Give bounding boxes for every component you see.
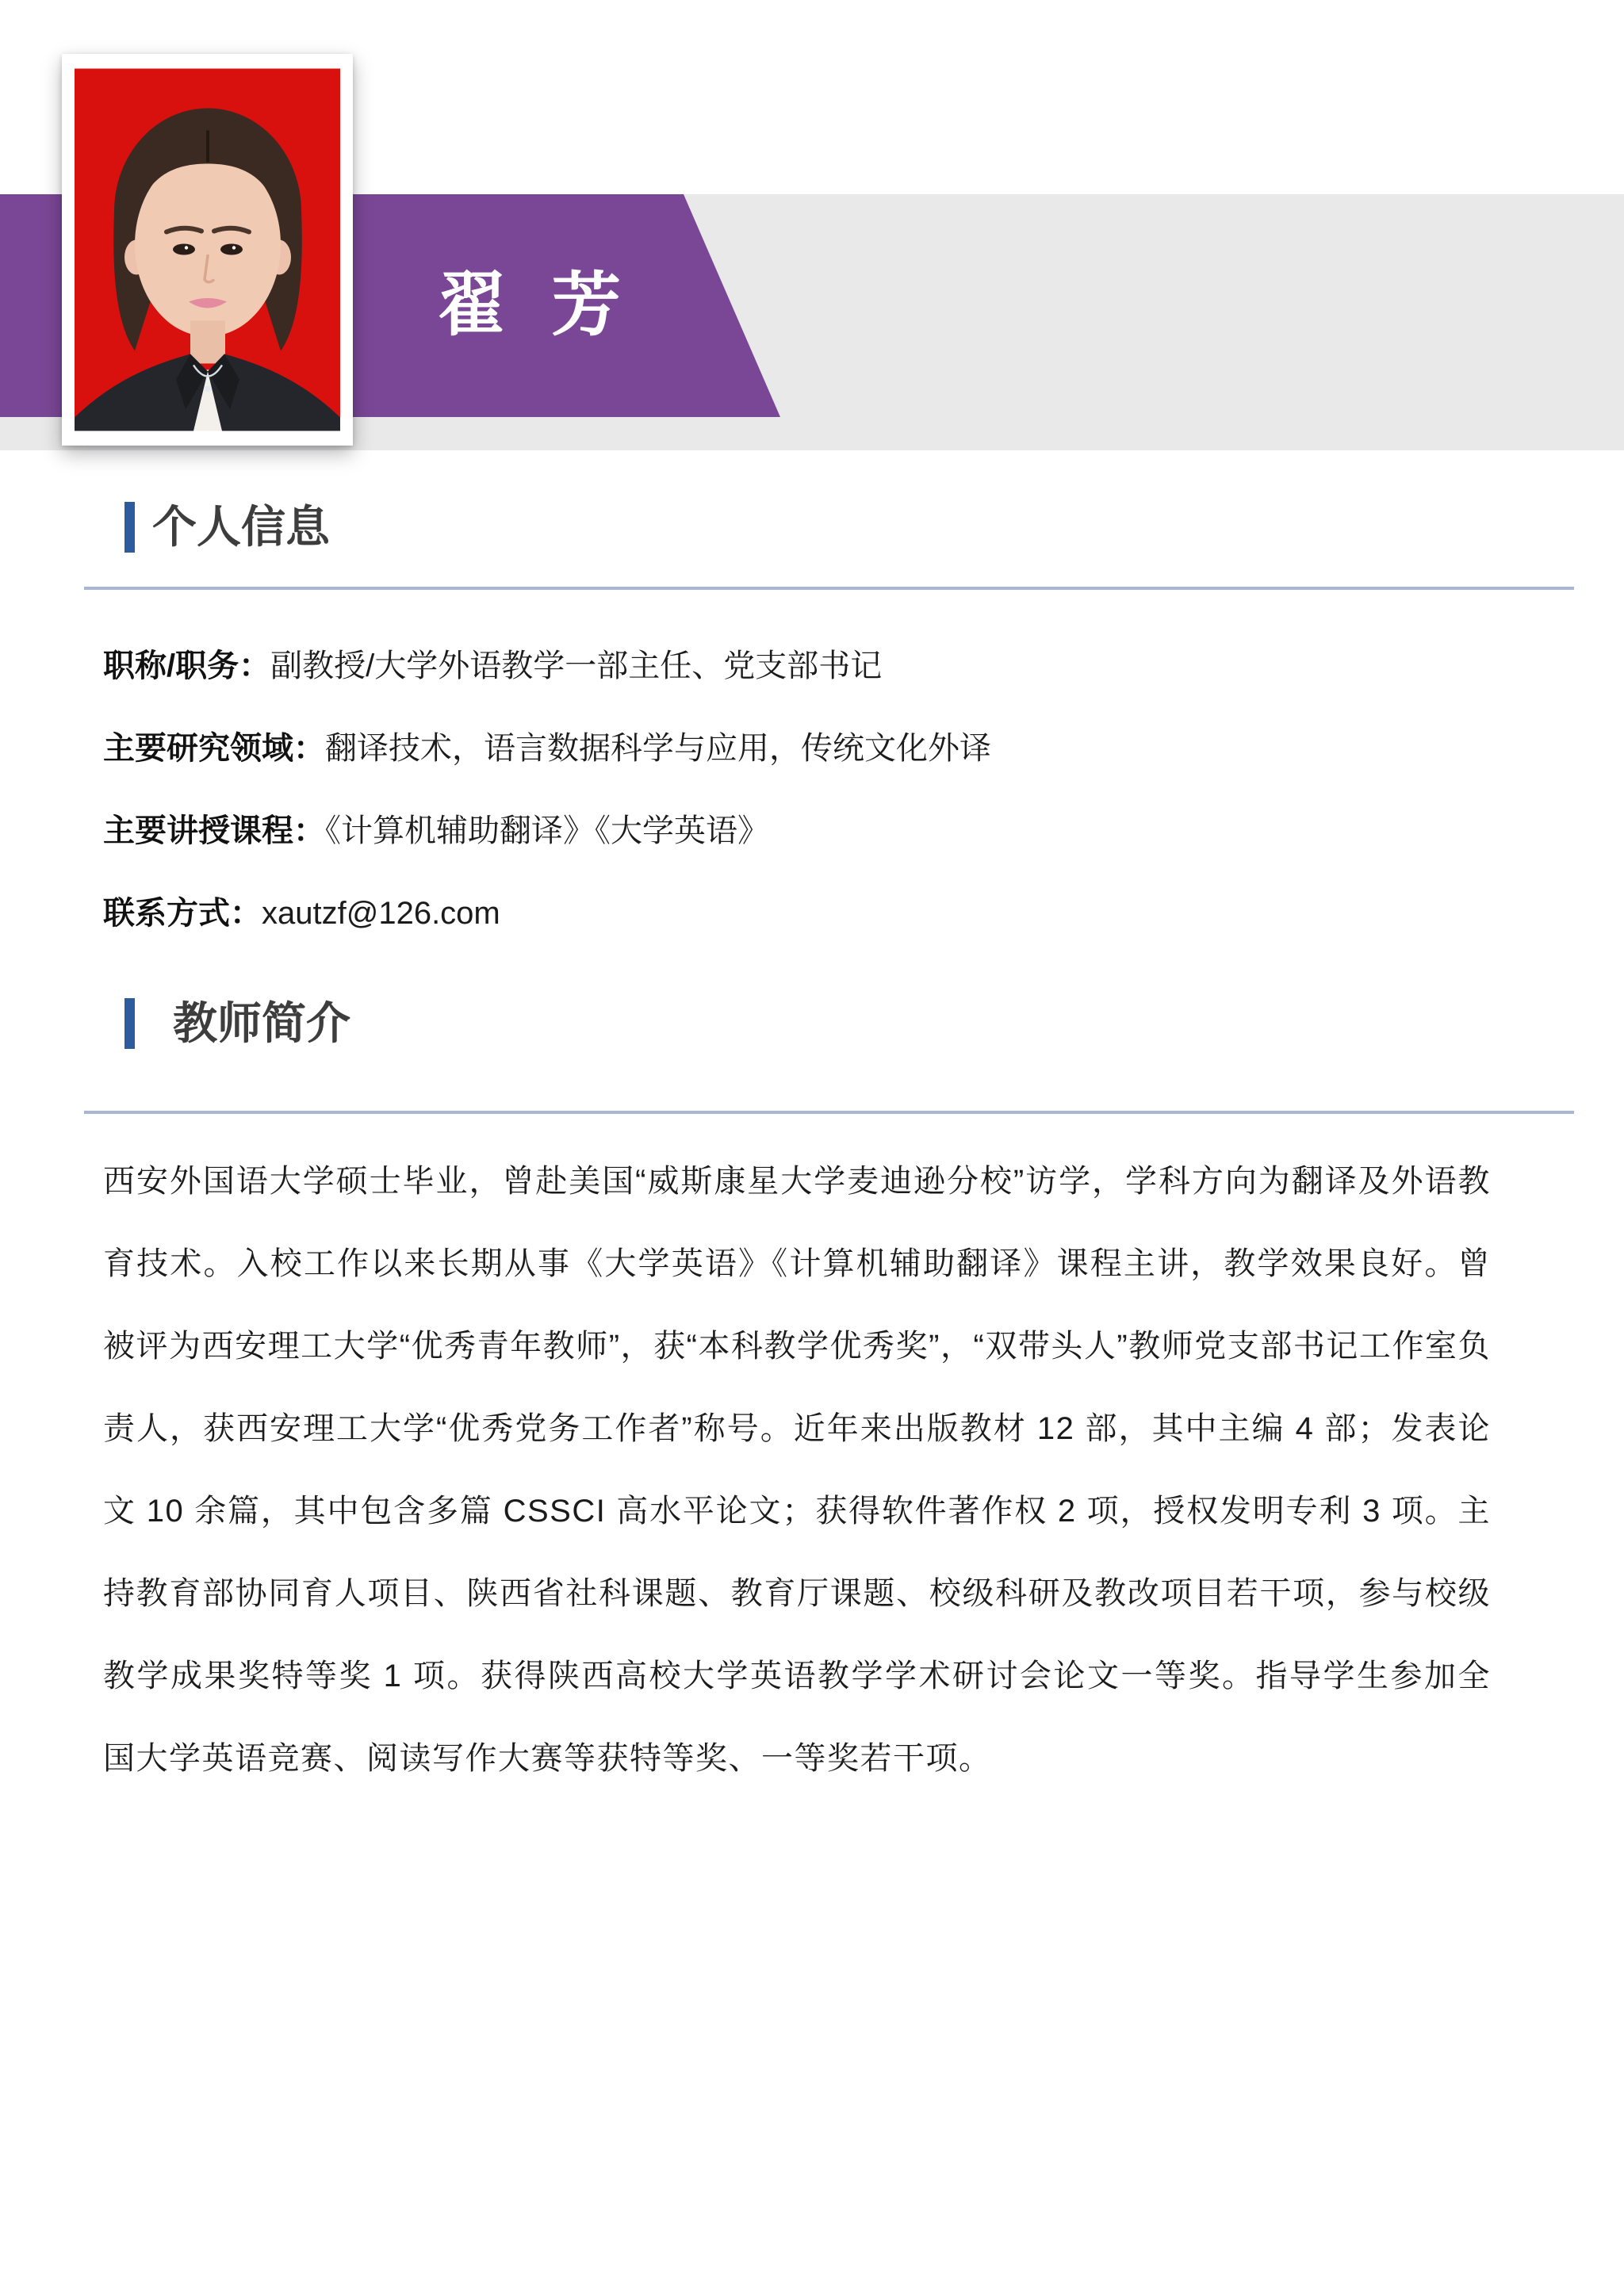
teacher-name: 翟 芳 [349, 263, 722, 347]
field-row-research-areas: 主要研究领域：翻译技术，语言数据科学与应用，传统文化外译 [103, 729, 1522, 767]
field-value: 翻译技术，语言数据科学与应用，传统文化外译 [325, 731, 991, 766]
field-label: 联系方式： [103, 896, 262, 931]
field-row-contact: 联系方式：xautzf@126.com [103, 894, 1522, 932]
field-label: 职称/职务： [103, 649, 270, 683]
field-value: 《计算机辅助翻译》《大学英语》 [325, 813, 769, 848]
section-header-personal-info: 个人信息 [124, 499, 330, 556]
section-divider [84, 587, 1574, 590]
field-value: 副教授/大学外语教学一部主任、党支部书记 [270, 649, 882, 683]
faculty-profile-page: 翟 芳 [0, 0, 1624, 2296]
field-label: 主要讲授课程： [103, 813, 325, 848]
field-label: 主要研究领域： [103, 731, 325, 766]
section-header-bio: 教师简介 [124, 995, 350, 1052]
section-accent-bar [124, 998, 135, 1049]
portrait-illustration [75, 67, 340, 433]
field-row-courses: 主要讲授课程：《计算机辅助翻译》《大学英语》 [103, 812, 1522, 850]
section-divider [84, 1111, 1574, 1114]
section-title-personal-info: 个人信息 [152, 499, 330, 556]
field-row-title-position: 职称/职务：副教授/大学外语教学一部主任、党支部书记 [103, 647, 1522, 685]
field-value-email: xautzf@126.com [262, 896, 500, 931]
section-accent-bar [124, 502, 135, 553]
bio-paragraph: 西安外国语大学硕士毕业，曾赴美国“威斯康星大学麦迪逊分校”访学，学科方向为翻译及… [103, 1140, 1491, 1800]
section-title-bio: 教师简介 [173, 995, 350, 1052]
profile-photo [62, 54, 353, 446]
